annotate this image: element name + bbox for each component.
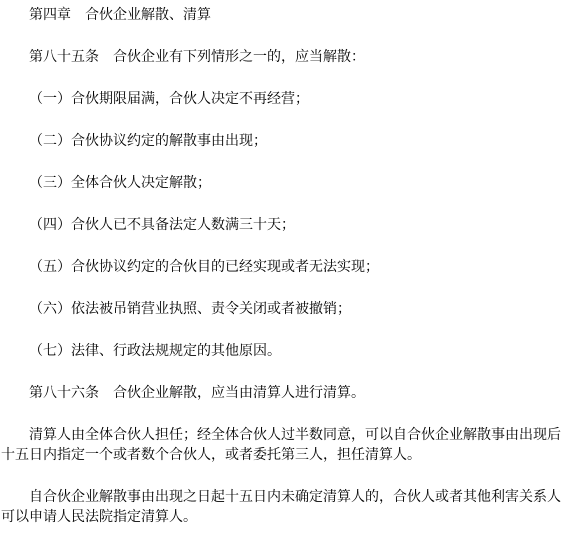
- article-85-item-7: （七）法律、行政法规规定的其他原因。: [1, 341, 571, 361]
- chapter-heading: 第四章 合伙企业解散、清算: [1, 5, 571, 25]
- article-85-item-1: （一）合伙期限届满，合伙人决定不再经营；: [1, 89, 571, 109]
- article-85-item-4: （四）合伙人已不具备法定人数满三十天；: [1, 215, 571, 235]
- article-86-paragraph-2: 自合伙企业解散事由出现之日起十五日内未确定清算人的，合伙人或者其他利害关系人可以…: [1, 487, 571, 527]
- article-85-item-6: （六）依法被吊销营业执照、责令关闭或者被撤销；: [1, 299, 571, 319]
- article-85-item-3: （三）全体合伙人决定解散；: [1, 173, 571, 193]
- article-85-item-2: （二）合伙协议约定的解散事由出现；: [1, 131, 571, 151]
- article-86-heading: 第八十六条 合伙企业解散，应当由清算人进行清算。: [1, 383, 571, 403]
- article-85-heading: 第八十五条 合伙企业有下列情形之一的，应当解散：: [1, 47, 571, 67]
- article-86-paragraph-1: 清算人由全体合伙人担任；经全体合伙人过半数同意，可以自合伙企业解散事由出现后十五…: [1, 425, 571, 465]
- document-page: 第四章 合伙企业解散、清算 第八十五条 合伙企业有下列情形之一的，应当解散： （…: [0, 0, 571, 542]
- article-85-item-5: （五）合伙协议约定的合伙目的已经实现或者无法实现；: [1, 257, 571, 277]
